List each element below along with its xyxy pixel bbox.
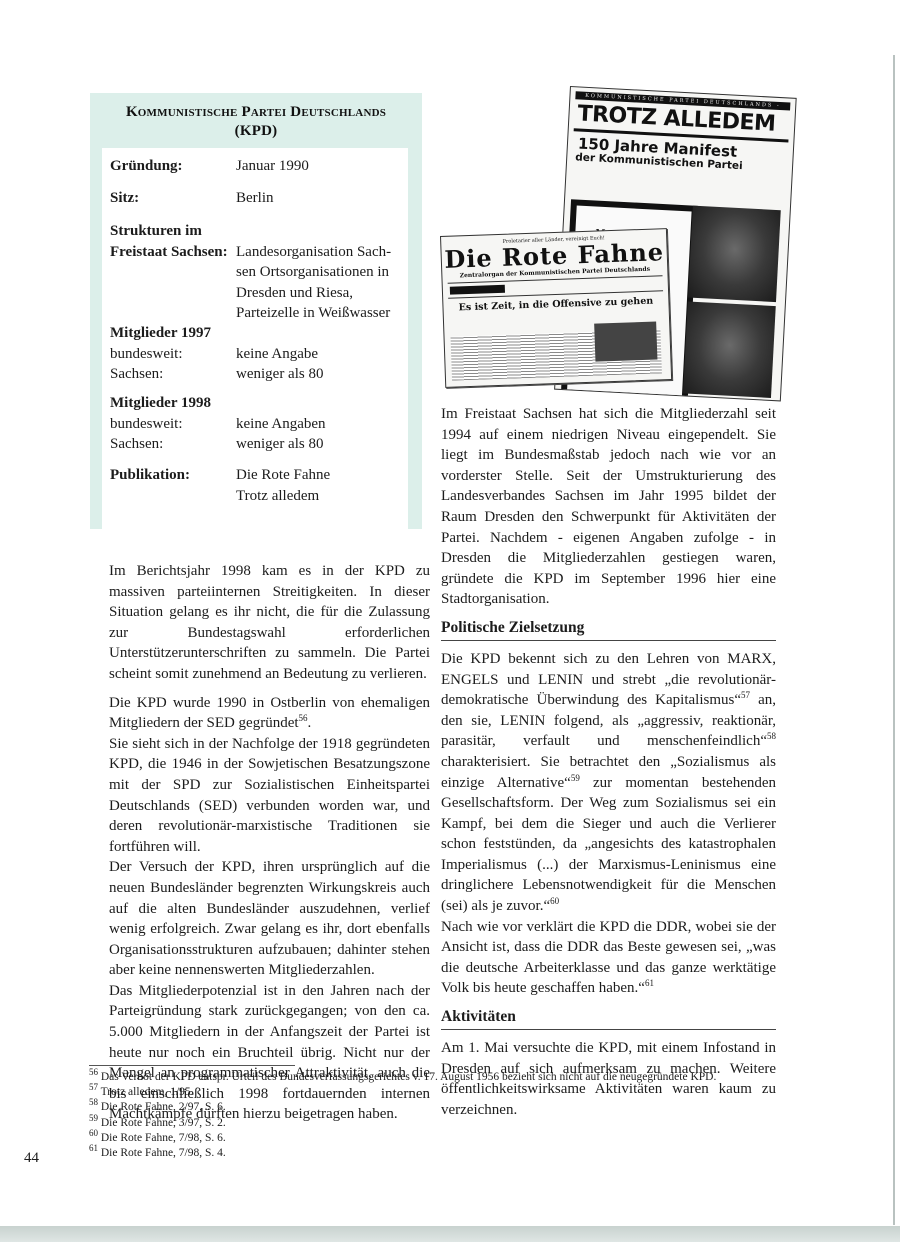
- members-1998-federal-label: bundesweit:: [110, 414, 230, 435]
- structures-value-2: sen Ortsorganisationen in: [236, 262, 416, 283]
- structures-label-1: Strukturen im: [110, 221, 230, 242]
- infobox-content: Gründung: Januar 1990 Sitz: Berlin Struk…: [102, 148, 408, 612]
- left-text-column: Im Berichtsjahr 1998 kam es in der KPD z…: [109, 561, 430, 1125]
- infobox-publication: Publikation: Die Rote Fahne Trotz allede…: [110, 465, 410, 507]
- founding-value: Januar 1990: [236, 156, 416, 177]
- members-1997-saxony-label: Sachsen:: [110, 364, 230, 385]
- footnote-text: Das Verbot der KPD entspr. Urteil des Bu…: [101, 1071, 716, 1083]
- members-1997-saxony-value: weniger als 80: [236, 364, 416, 385]
- publication-value-1: Die Rote Fahne: [236, 465, 416, 486]
- footnote-ref-59[interactable]: 59: [571, 773, 580, 783]
- footnote-number: 56: [89, 1067, 98, 1077]
- newspaper-rote-fahne-image: Proletarier aller Länder, vereinigt Euch…: [440, 228, 672, 388]
- footnote-text: Trotz alledem, 1/95.: [101, 1086, 194, 1098]
- infobox-title-abbrev: (KPD): [90, 122, 422, 141]
- footnote-61: 61 Die Rote Fahne, 7/98, S. 4.: [89, 1146, 716, 1161]
- footnote-text: Die Rote Fahne, 7/98, S. 4.: [101, 1147, 226, 1159]
- paragraph-expansion: Der Versuch der KPD, ihren ursprünglich …: [109, 857, 430, 981]
- footnote-number: 58: [89, 1098, 98, 1108]
- footnote-57: 57 Trotz alledem, 1/95.: [89, 1085, 716, 1100]
- footnote-ref-60[interactable]: 60: [550, 896, 559, 906]
- members-1998-federal-value: keine Angaben: [236, 414, 416, 435]
- footnote-number: 59: [89, 1113, 98, 1123]
- paragraph-punct: .: [308, 715, 312, 731]
- seat-label: Sitz:: [110, 188, 230, 209]
- infobox-row-structures: Strukturen im Freistaat Sachsen: Landeso…: [110, 221, 410, 311]
- members-1998-saxony-value: weniger als 80: [236, 434, 416, 455]
- portrait-engels-photo: [683, 301, 776, 397]
- members-1997-heading: Mitglieder 1997: [110, 323, 310, 344]
- publication-label: Publikation:: [110, 465, 230, 486]
- page-number: 44: [24, 1150, 39, 1167]
- footnote-number: 60: [89, 1128, 98, 1138]
- page-edge: [893, 55, 895, 1225]
- infobox-title-party-name: Kommunistische Partei Deutschlands: [90, 103, 422, 122]
- portrait-marx-photo: [688, 206, 781, 302]
- paragraph-text: Die KPD bekennt sich zu den Lehren von M…: [441, 651, 776, 708]
- newspaper-info-row: [448, 275, 663, 298]
- footnote-59: 59 Die Rote Fahne, 3/97, S. 2.: [89, 1116, 716, 1131]
- section-heading-political-goals: Politische Zielsetzung: [441, 618, 776, 641]
- structures-value-4: Parteizelle in Weißwasser: [236, 303, 416, 324]
- footnote-ref-58[interactable]: 58: [767, 731, 776, 741]
- footnote-56: 56 Das Verbot der KPD entspr. Urteil des…: [89, 1070, 716, 1085]
- paragraph-text: Nach wie vor verklärt die KPD die DDR, w…: [441, 919, 776, 997]
- footnote-text: Die Rote Fahne, 7/98, S. 6.: [101, 1132, 226, 1144]
- paragraph-founding: Die KPD wurde 1990 in Ostberlin von ehem…: [109, 693, 430, 734]
- footnote-ref-61[interactable]: 61: [645, 978, 654, 988]
- page-bottom-edge: [0, 1226, 900, 1242]
- paragraph-saxony: Im Freistaat Sachsen hat sich die Mitgli…: [441, 404, 776, 610]
- seat-value: Berlin: [236, 188, 416, 209]
- newspaper-inset-box: [594, 322, 657, 362]
- footnotes: 56 Das Verbot der KPD entspr. Urteil des…: [89, 1070, 716, 1161]
- structures-value-3: Dresden und Riesa,: [236, 283, 416, 304]
- paragraph-tradition: Sie sieht sich in der Nachfolge der 1918…: [109, 734, 430, 858]
- infobox-members-1998: Mitglieder 1998 bundesweit: keine Angabe…: [110, 393, 410, 455]
- paragraph-text: Die KPD wurde 1990 in Ostberlin von ehem…: [109, 695, 430, 732]
- paragraph-goals: Die KPD bekennt sich zu den Lehren von M…: [441, 649, 776, 917]
- members-1997-federal-label: bundesweit:: [110, 344, 230, 365]
- members-1998-saxony-label: Sachsen:: [110, 434, 230, 455]
- paragraph-intro: Im Berichtsjahr 1998 kam es in der KPD z…: [109, 561, 430, 685]
- founding-label: Gründung:: [110, 156, 230, 177]
- footnote-separator: [89, 1065, 295, 1066]
- infobox-title: Kommunistische Partei Deutschlands (KPD): [90, 103, 422, 141]
- infobox-members-1997: Mitglieder 1997 bundesweit: keine Angabe…: [110, 323, 410, 385]
- footnote-number: 61: [89, 1143, 98, 1153]
- party-infobox: Kommunistische Partei Deutschlands (KPD)…: [90, 93, 422, 529]
- structures-value-1: Landesorganisation Sach-: [236, 242, 416, 263]
- paragraph-text: zur momentan bestehenden Gesellschaftsfo…: [441, 775, 776, 915]
- section-heading-activities: Aktivitäten: [441, 1007, 776, 1030]
- footnote-ref-57[interactable]: 57: [741, 690, 750, 700]
- footnote-text: Die Rote Fahne, 3/97, S. 2.: [101, 1117, 226, 1129]
- footnote-text: Die Rote Fahne, 2/97, S. 6.: [101, 1101, 226, 1113]
- footnote-ref-56[interactable]: 56: [299, 713, 308, 723]
- paragraph-ddr: Nach wie vor verklärt die KPD die DDR, w…: [441, 917, 776, 999]
- redacted-block: [450, 285, 505, 295]
- members-1997-federal-value: keine Angabe: [236, 344, 416, 365]
- members-1998-heading: Mitglieder 1998: [110, 393, 310, 414]
- structures-label-2: Freistaat Sachsen:: [110, 242, 240, 263]
- footnote-58: 58 Die Rote Fahne, 2/97, S. 6.: [89, 1100, 716, 1115]
- publication-value-2: Trotz alledem: [236, 486, 416, 507]
- footnote-60: 60 Die Rote Fahne, 7/98, S. 6.: [89, 1131, 716, 1146]
- right-text-column: Im Freistaat Sachsen hat sich die Mitgli…: [441, 404, 776, 1120]
- footnote-number: 57: [89, 1082, 98, 1092]
- newspaper-headline: Es ist Zeit, in die Offensive zu gehen: [443, 295, 668, 314]
